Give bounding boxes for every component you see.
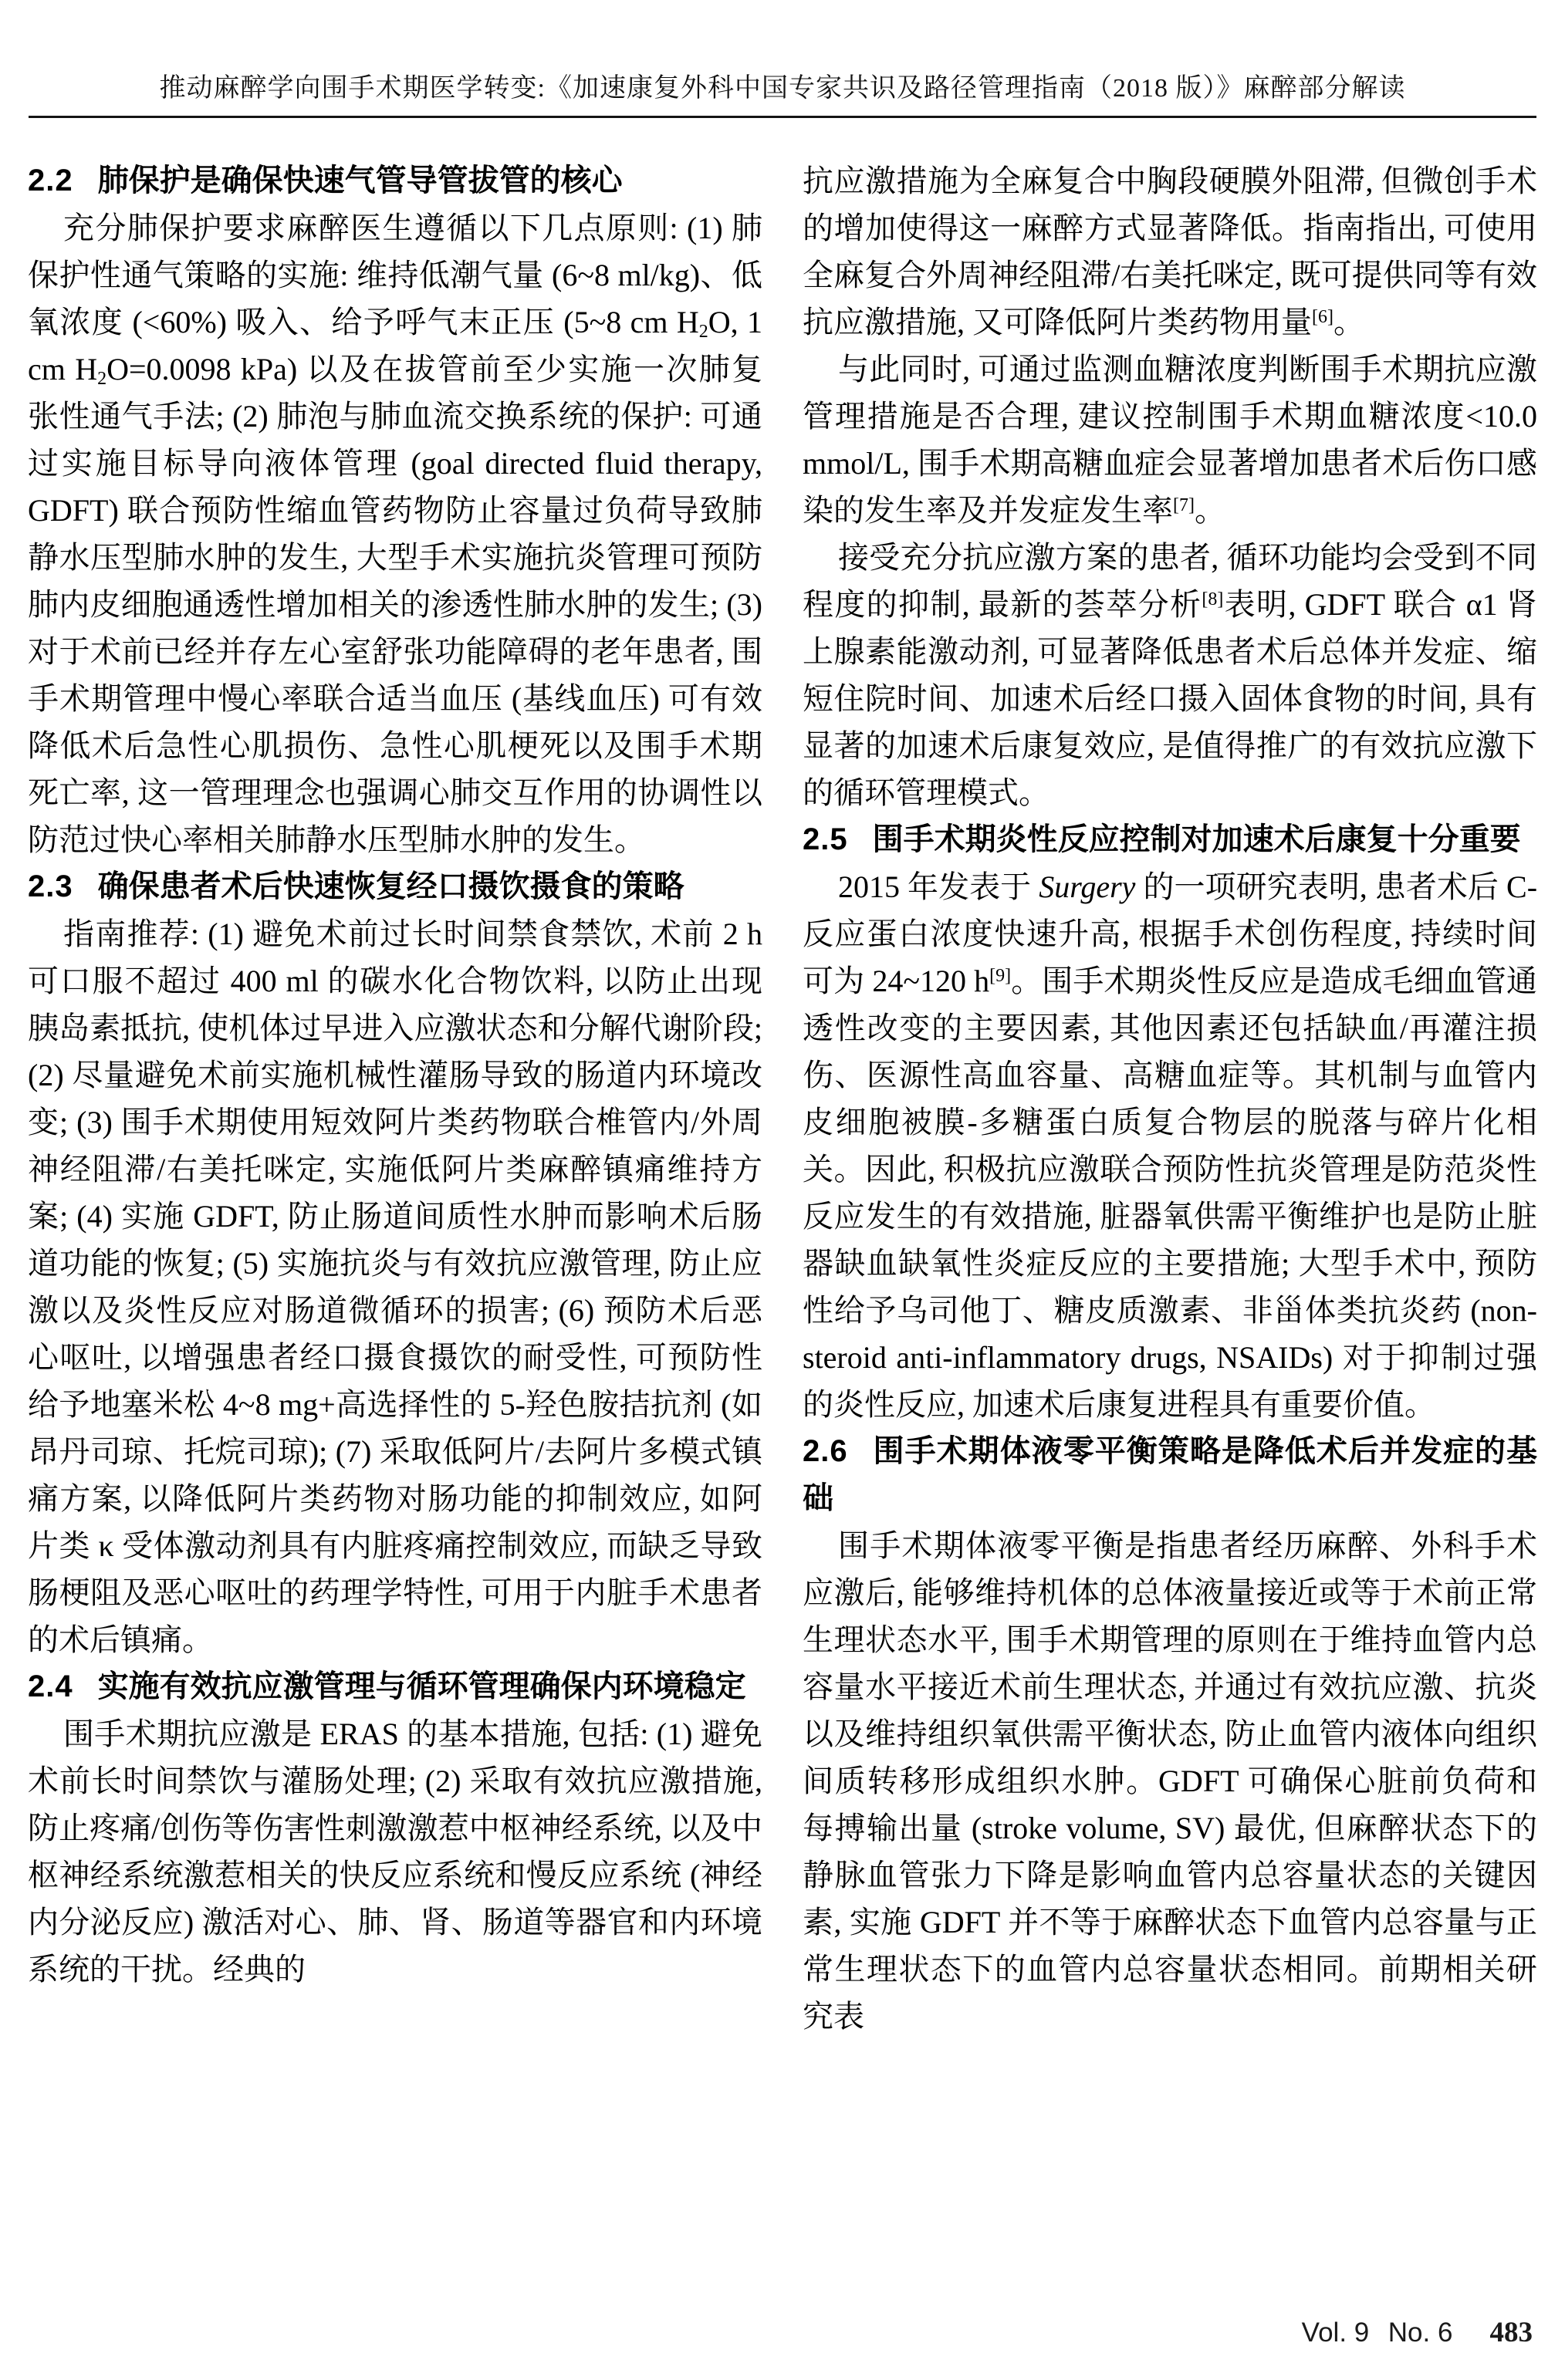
issue-label: No. 6 (1388, 2318, 1453, 2348)
body-paragraph: 充分肺保护要求麻醉医生遵循以下几点原则: (1) 肺保护性通气策略的实施: 维持… (28, 204, 762, 863)
running-head-title: 推动麻醉学向围手术期医学转变:《加速康复外科中国专家共识及路径管理指南（2018… (0, 66, 1565, 104)
body-paragraph: 围手术期抗应激是 ERAS 的基本措施, 包括: (1) 避免术前长时间禁饮与灌… (28, 1710, 762, 1993)
body-paragraph: 与此同时, 可通过监测血糖浓度判断围手术期抗应激管理措施是否合理, 建议控制围手… (803, 346, 1537, 534)
section-number: 2.2 (28, 164, 73, 197)
section-number: 2.4 (28, 1669, 73, 1703)
body-paragraph: 2015 年发表于 Surgery 的一项研究表明, 患者术后 C-反应蛋白浓度… (803, 863, 1537, 1428)
section-heading: 2.5围手术期炎性反应控制对加速术后康复十分重要 (803, 816, 1537, 863)
left-column: 2.2肺保护是确保快速气管导管拔管的核心充分肺保护要求麻醉医生遵循以下几点原则:… (28, 157, 762, 2311)
journal-page: { "header": { "title": "推动麻醉学向围手术期医学转变:《… (0, 0, 1565, 2380)
body-paragraph: 围手术期体液零平衡是指患者经历麻醉、外科手术应激后, 能够维持机体的总体液量接近… (803, 1522, 1537, 2040)
reference-superscript: [7] (1173, 495, 1195, 515)
two-column-body: 2.2肺保护是确保快速气管导管拔管的核心充分肺保护要求麻醉医生遵循以下几点原则:… (28, 157, 1537, 2311)
italic-journal-name: Surgery (1039, 869, 1135, 904)
chemical-subscript: 2 (97, 369, 106, 389)
header-rule (29, 116, 1536, 118)
body-paragraph: 指南推荐: (1) 避免术前过长时间禁食禁饮, 术前 2 h 可口服不超过 40… (28, 910, 762, 1663)
section-heading: 2.2肺保护是确保快速气管导管拔管的核心 (28, 157, 762, 204)
reference-superscript: [9] (989, 966, 1011, 986)
section-number: 2.6 (803, 1434, 848, 1468)
section-heading: 2.4实施有效抗应激管理与循环管理确保内环境稳定 (28, 1663, 762, 1710)
section-heading: 2.3确保患者术后快速恢复经口摄饮摄食的策略 (28, 863, 762, 910)
section-number: 2.5 (803, 822, 848, 856)
section-number: 2.3 (28, 869, 73, 903)
section-heading: 2.6围手术期体液零平衡策略是降低术后并发症的基础 (803, 1428, 1537, 1522)
page-footer: Vol. 9No. 6483 (1302, 2316, 1533, 2349)
reference-superscript: [8] (1202, 589, 1223, 609)
page-number: 483 (1490, 2317, 1533, 2348)
right-column: 抗应激措施为全麻复合中胸段硬膜外阻滞, 但微创手术的增加使得这一麻醉方式显著降低… (803, 157, 1537, 2311)
body-paragraph: 接受充分抗应激方案的患者, 循环功能均会受到不同程度的抑制, 最新的荟萃分析[8… (803, 534, 1537, 816)
reference-superscript: [6] (1312, 307, 1333, 327)
body-paragraph: 抗应激措施为全麻复合中胸段硬膜外阻滞, 但微创手术的增加使得这一麻醉方式显著降低… (803, 157, 1537, 346)
chemical-subscript: 2 (699, 322, 708, 342)
volume-label: Vol. 9 (1302, 2318, 1370, 2348)
